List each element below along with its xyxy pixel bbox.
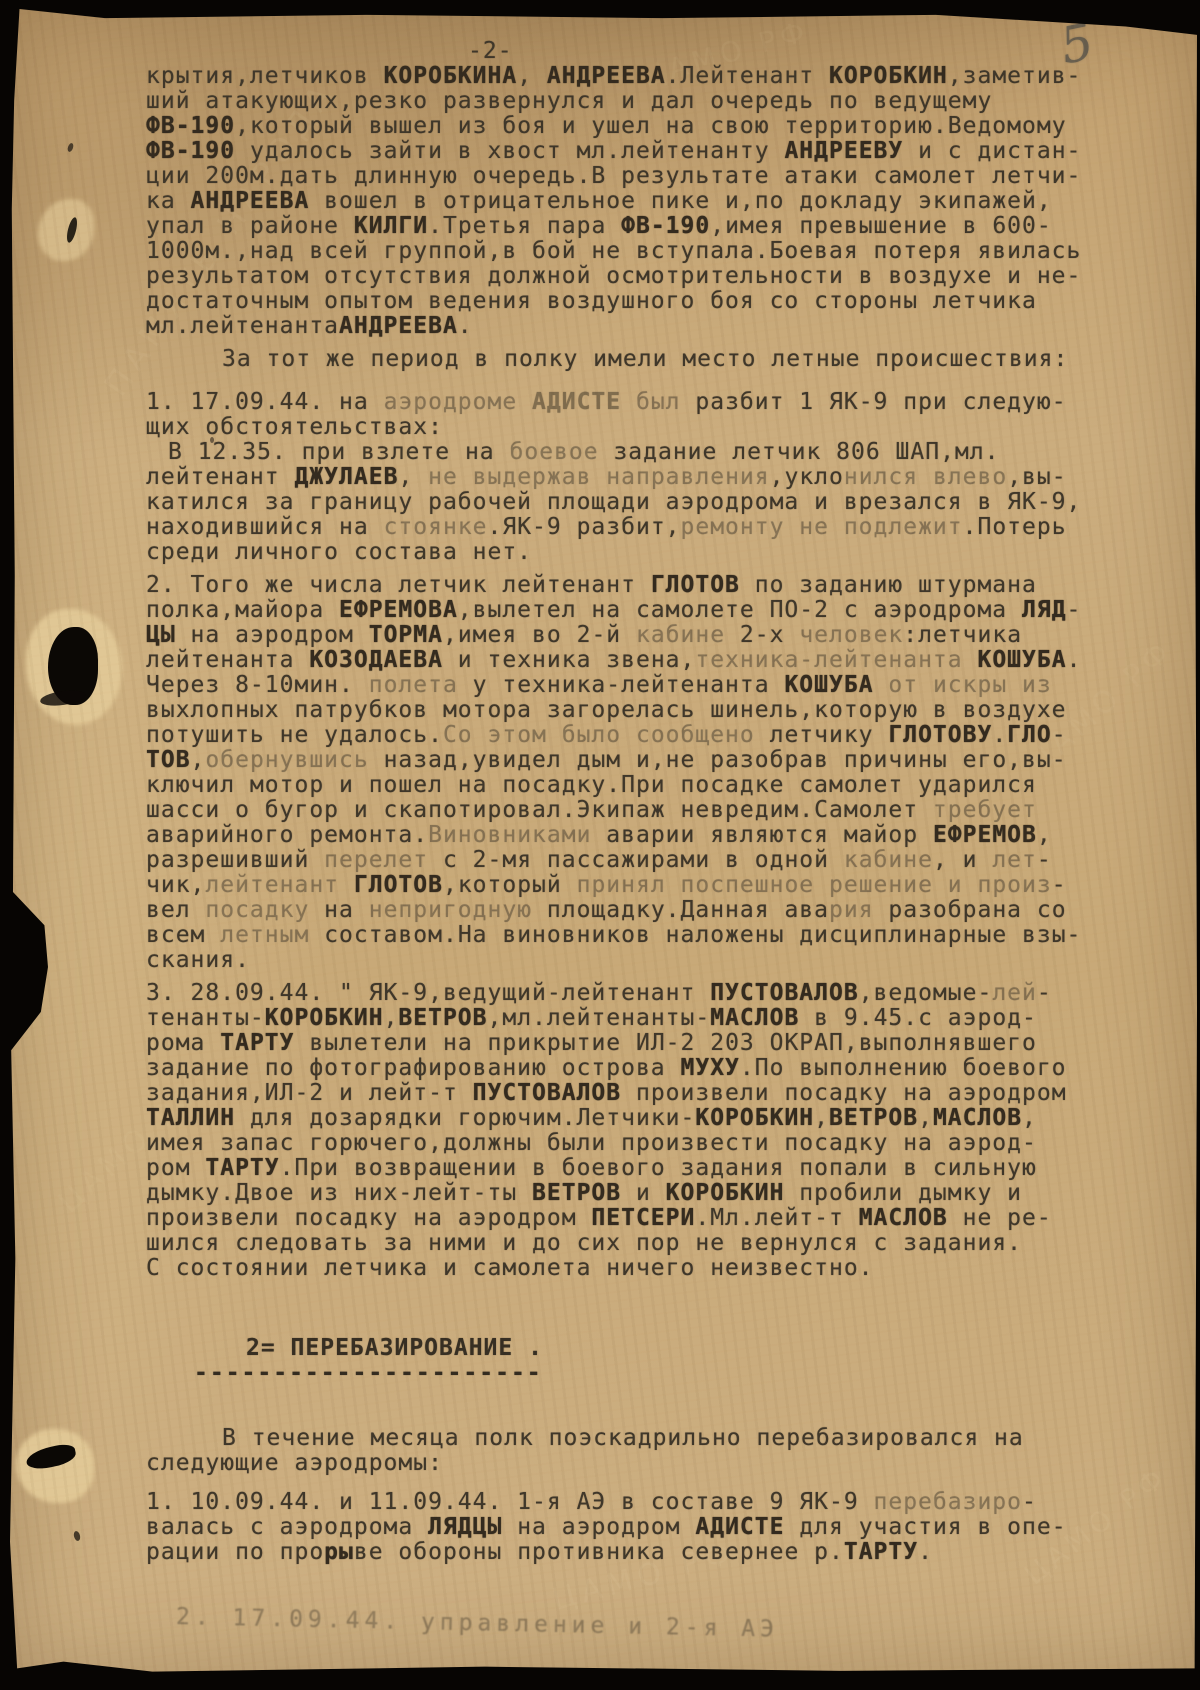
text-line: аварийного ремонта.Виновниками аварии яв… — [146, 823, 1136, 848]
text-line: скания. — [146, 948, 1136, 973]
spacer — [146, 1281, 1136, 1336]
section-heading: 2= ПЕРЕБАЗИРОВАНИЕ . — [246, 1336, 1136, 1361]
text-line: рации по прорыве обороны противника севе… — [146, 1540, 1136, 1565]
text-line: среди личного состава нет. — [146, 540, 1136, 565]
text-line: дымку.Двое из них-лейт-ты ВЕТРОВ и КОРОБ… — [146, 1181, 1136, 1206]
text-line: результатом отсутствия должной осмотрите… — [146, 264, 1136, 289]
paper-tear — [38, 199, 94, 261]
text-line: ТОВ,обернувшись назад,увидел дым и,не ра… — [146, 748, 1136, 773]
text-line: 1. 10.09.44. и 11.09.44. 1-я АЭ в состав… — [146, 1490, 1136, 1515]
text-line: чик,лейтенант ГЛОТОВ,который принял посп… — [146, 873, 1136, 898]
text-line: С состоянии летчика и самолета ничего не… — [146, 1256, 1136, 1281]
text-line: достаточным опытом ведения воздушного бо… — [146, 289, 1136, 314]
text-line: имея запас горючего,должны были произвес… — [146, 1131, 1136, 1156]
text-line: ФВ-190,который вышел из боя и ушел на св… — [146, 114, 1136, 139]
text-line: 2. 17.09.44. управление и 2-я АЭ — [176, 1605, 1136, 1650]
text-line: тенанты-КОРОБКИН,ВЕТРОВ,мл.лейтенанты-МА… — [146, 1006, 1136, 1031]
text-line: 1. 17.09.44. на аэродроме АДИСТЕ был раз… — [146, 390, 1136, 415]
text-line: выхлопных патрубков мотора загорелась ши… — [146, 698, 1136, 723]
text-line: ший атакующих,резко развернулся и дал оч… — [146, 89, 1136, 114]
text-line: шасси о бугор и скапотировал.Экипаж невр… — [146, 798, 1136, 823]
text-line: потушить не удалось.Со этом было сообщен… — [146, 723, 1136, 748]
text-line: валась с аэродрома ЛЯДЦЫ на аэродром АДИ… — [146, 1515, 1136, 1540]
text-line: Через 8-10мин. полета у техника-лейтенан… — [146, 673, 1136, 698]
text-line: рома ТАРТУ вылетели на прикрытие ИЛ-2 20… — [146, 1031, 1136, 1056]
spacer — [146, 1476, 1136, 1490]
ink-speck — [67, 142, 75, 152]
text-line: ЦЫ на аэродром ТОРМА,имея во 2-й кабине … — [146, 623, 1136, 648]
text-line: ром ТАРТУ.При возвращении в боевого зада… — [146, 1156, 1136, 1181]
text-line: мл.лейтенантаАНДРЕЕВА. — [146, 314, 1136, 339]
spacer — [146, 372, 1136, 390]
text-line: ции 200м.дать длинную очередь.В результа… — [146, 164, 1136, 189]
text-line: лейтенант ДЖУЛАЕВ, не выдержав направлен… — [146, 465, 1136, 490]
ink-speck — [73, 1530, 81, 1541]
text-line: упал в районе КИЛГИ.Третья пара ФВ-190,и… — [146, 214, 1136, 239]
text-line: произвели посадку на аэродром ПЕТСЕРИ.Мл… — [146, 1206, 1136, 1231]
text-line: В 12.35. при взлете на боевое задание ле… — [168, 440, 1136, 465]
document-page: ПАМЯТЬ НАРОДАЦАМО РФЦАМО РФЦАМО РФЦАМО Р… — [10, 9, 1197, 1675]
text-line: ключил мотор и пошел на посадку.При поса… — [146, 773, 1136, 798]
page-number: -2- — [468, 39, 1136, 64]
spacer — [146, 1386, 1136, 1426]
text-line: ка АНДРЕЕВА вошел в отрицательное пике и… — [146, 189, 1136, 214]
text-line: находившийся на стоянке.ЯК-9 разбит,ремо… — [146, 515, 1136, 540]
text-line: задание по фотографированию острова МУХУ… — [146, 1056, 1136, 1081]
text-line: полка,майора ЕФРЕМОВА,вылетел на самолет… — [146, 598, 1136, 623]
dashed-rule: ---------------------- — [194, 1361, 1136, 1386]
text-line: вел посадку на непригодную площадку.Данн… — [146, 898, 1136, 923]
text-line: лейтенанта КОЗОДАЕВА и техника звена,тех… — [146, 648, 1136, 673]
text-line: катился за границу рабочей площади аэрод… — [146, 490, 1136, 515]
text-line: шился следовать за ними и до сих пор не … — [146, 1231, 1136, 1256]
text-line: щих обстоятельствах: — [146, 415, 1136, 440]
text-line: 2. Того же числа летчик лейтенант ГЛОТОВ… — [146, 573, 1136, 598]
text-line: разрешивший перелет с 2-мя пассажирами в… — [146, 848, 1136, 873]
text-line: 3. 28.09.44. " ЯК-9,ведущий-лейтенант ПУ… — [146, 981, 1136, 1006]
text-line: ТАЛЛИН для дозарядки горючим.Летчики-КОР… — [146, 1106, 1136, 1131]
text-line: В течение месяца полк поэскадрильно пере… — [222, 1426, 1136, 1451]
spacer — [146, 1565, 1136, 1605]
text-line: крытия,летчиков КОРОБКИНА, АНДРЕЕВА.Лейт… — [146, 64, 1136, 89]
document-body: -2-крытия,летчиков КОРОБКИНА, АНДРЕЕВА.Л… — [146, 39, 1136, 1630]
text-line: всем летным составом.На виновников налож… — [146, 923, 1136, 948]
text-line: За тот же период в полку имели место лет… — [222, 347, 1136, 372]
text-line: задания,ИЛ-2 и лейт-т ПУСТОВАЛОВ произве… — [146, 1081, 1136, 1106]
text-line: 1000м.,над всей группой,в бой не вступал… — [146, 239, 1136, 264]
text-line: ФВ-190 удалось зайти в хвост мл.лейтенан… — [146, 139, 1136, 164]
text-line: следующие аэродромы: — [146, 1451, 1136, 1476]
